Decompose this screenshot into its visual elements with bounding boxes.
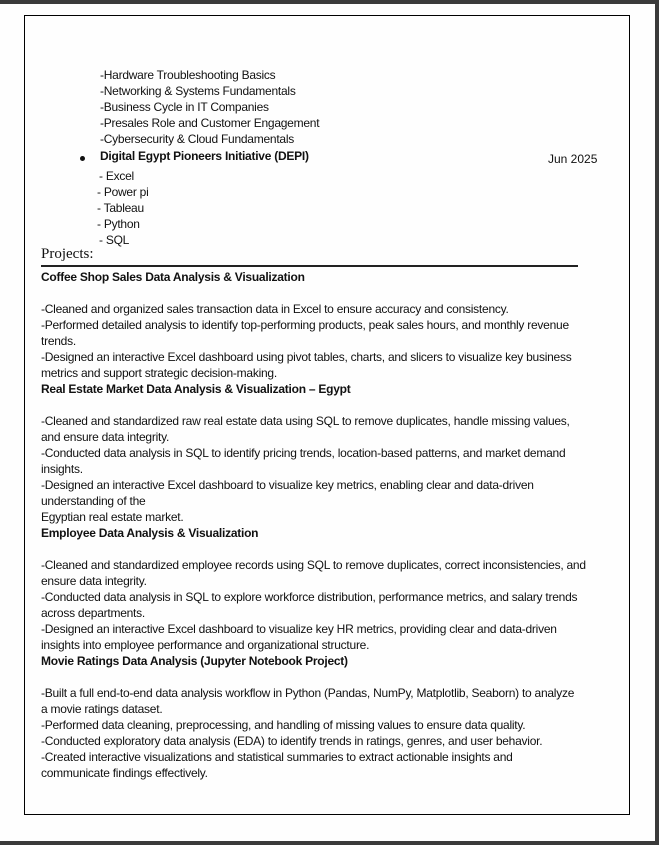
- depi-skill: - Power pi: [97, 184, 149, 200]
- project-description-line: -Designed an interactive Excel dashboard…: [41, 477, 534, 493]
- section-divider: [41, 265, 578, 267]
- project-description-line: -Cleaned and standardized raw real estat…: [41, 413, 570, 429]
- depi-title: Digital Egypt Pioneers Initiative (DEPI): [100, 148, 309, 164]
- project-description-line: -Designed an interactive Excel dashboard…: [41, 349, 571, 365]
- project-description-line: insights into employee performance and o…: [41, 637, 369, 653]
- project-description-line: communicate findings effectively.: [41, 765, 208, 781]
- project-description-line: -Conducted data analysis in SQL to ident…: [41, 445, 565, 461]
- project-description-line: -Cleaned and organized sales transaction…: [41, 301, 509, 317]
- course-topic: -Presales Role and Customer Engagement: [100, 115, 319, 131]
- document-page: -Hardware Troubleshooting Basics -Networ…: [0, 4, 655, 841]
- project-description-line: ensure data integrity.: [41, 573, 147, 589]
- projects-heading: Projects:: [41, 246, 94, 263]
- depi-skill: - SQL: [99, 232, 129, 248]
- bullet-icon: [80, 156, 85, 161]
- project-description-line: and ensure data integrity.: [41, 429, 169, 445]
- course-topic: -Cybersecurity & Cloud Fundamentals: [100, 131, 294, 147]
- project-description-line: -Conducted data analysis in SQL to explo…: [41, 589, 577, 605]
- project-title: Real Estate Market Data Analysis & Visua…: [41, 381, 350, 397]
- project-description-line: Egyptian real estate market.: [41, 509, 183, 525]
- project-title: Movie Ratings Data Analysis (Jupyter Not…: [41, 653, 348, 669]
- project-description-line: -Designed an interactive Excel dashboard…: [41, 621, 557, 637]
- project-description-line: understanding of the: [41, 493, 145, 509]
- project-title: Coffee Shop Sales Data Analysis & Visual…: [41, 269, 305, 285]
- depi-skill: - Tableau: [97, 200, 144, 216]
- project-description-line: -Created interactive visualizations and …: [41, 749, 513, 765]
- course-topic: -Hardware Troubleshooting Basics: [100, 67, 275, 83]
- depi-skill: - Excel: [99, 168, 134, 184]
- project-description-line: -Performed detailed analysis to identify…: [41, 317, 569, 333]
- project-description-line: trends.: [41, 333, 76, 349]
- project-description-line: -Performed data cleaning, preprocessing,…: [41, 717, 525, 733]
- project-description-line: insights.: [41, 461, 83, 477]
- project-description-line: -Built a full end-to-end data analysis w…: [41, 685, 574, 701]
- project-description-line: -Cleaned and standardized employee recor…: [41, 557, 586, 573]
- project-description-line: -Conducted exploratory data analysis (ED…: [41, 733, 542, 749]
- project-description-line: metrics and support strategic decision-m…: [41, 365, 277, 381]
- depi-date: Jun 2025: [548, 152, 597, 166]
- course-topic: -Networking & Systems Fundamentals: [100, 83, 296, 99]
- project-description-line: across departments.: [41, 605, 145, 621]
- project-description-line: a movie ratings dataset.: [41, 701, 162, 717]
- course-topic: -Business Cycle in IT Companies: [100, 99, 269, 115]
- project-title: Employee Data Analysis & Visualization: [41, 525, 258, 541]
- depi-skill: - Python: [97, 216, 140, 232]
